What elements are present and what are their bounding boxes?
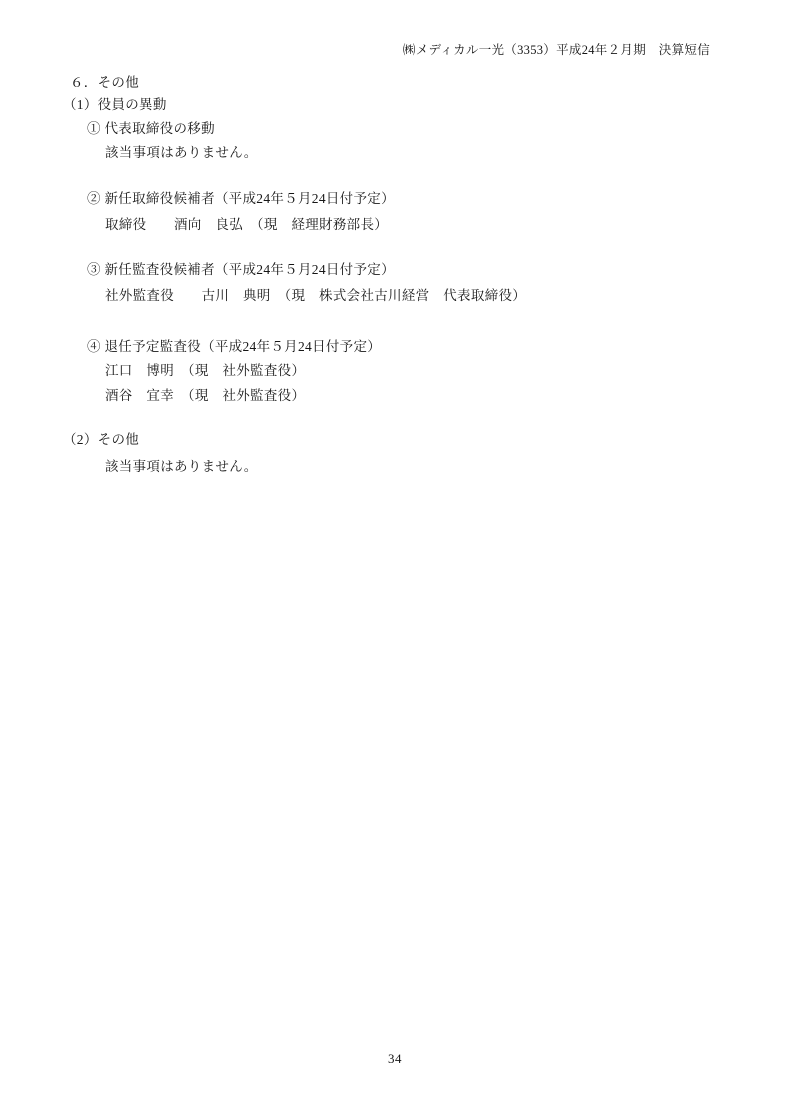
item-4-heading: ④ 退任予定監査役（平成24年５月24日付予定）	[87, 338, 381, 355]
item-3-heading: ③ 新任監査役候補者（平成24年５月24日付予定）	[87, 261, 395, 278]
item-2-body: 取締役 酒向 良弘 （現 経理財務部長）	[105, 216, 388, 233]
item-4-body-1: 江口 博明 （現 社外監査役）	[105, 362, 305, 379]
subsection-1-title: （1）役員の異動	[63, 96, 167, 113]
item-1-heading: ① 代表取締役の移動	[87, 120, 215, 137]
item-4-body-2: 酒谷 宜幸 （現 社外監査役）	[105, 387, 305, 404]
subsection-2-body: 該当事項はありません。	[105, 458, 258, 475]
page-number: 34	[0, 1050, 790, 1067]
item-2-heading: ② 新任取締役候補者（平成24年５月24日付予定）	[87, 190, 395, 207]
document-header: ㈱メディカル一光（3353）平成24年２月期 決算短信	[403, 42, 710, 59]
section-6-title: ６．その他	[70, 74, 139, 91]
document-page: ㈱メディカル一光（3353）平成24年２月期 決算短信 ６．その他 （1）役員の…	[0, 0, 790, 1118]
subsection-2-title: （2）その他	[63, 431, 139, 448]
item-1-body: 該当事項はありません。	[105, 144, 258, 161]
item-3-body: 社外監査役 古川 典明 （現 株式会社古川経営 代表取締役）	[105, 287, 526, 304]
